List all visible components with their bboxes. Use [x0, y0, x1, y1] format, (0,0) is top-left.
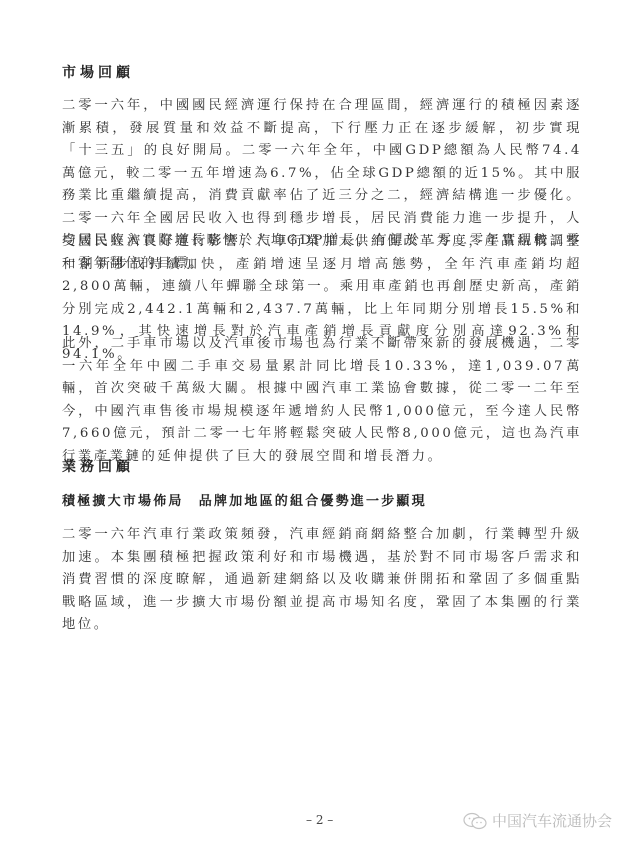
paragraph-business: 二零一六年汽車行業政策頻發，汽車經銷商網絡整合加劇，行業轉型升級加速。本集團積極… [62, 524, 582, 637]
watermark: 中国汽车流通协会 [462, 810, 612, 831]
watermark-text: 中国汽车流通协会 [492, 810, 612, 831]
subheading-market-layout: 積極擴大市場佈局 品牌加地區的組合優勢進一步顯現 [62, 490, 427, 509]
wechat-icon [462, 812, 488, 830]
section-heading-market-review: 市場回顧 [62, 62, 134, 82]
paragraph-used-car-aftermarket: 此外，二手車市場以及汽車後市場也為行業不斷帶來新的發展機遇，二零一六年全年中國二… [62, 333, 582, 468]
page-number: – 2 – [306, 813, 333, 827]
section-heading-business-review: 業務回顧 [62, 456, 134, 476]
